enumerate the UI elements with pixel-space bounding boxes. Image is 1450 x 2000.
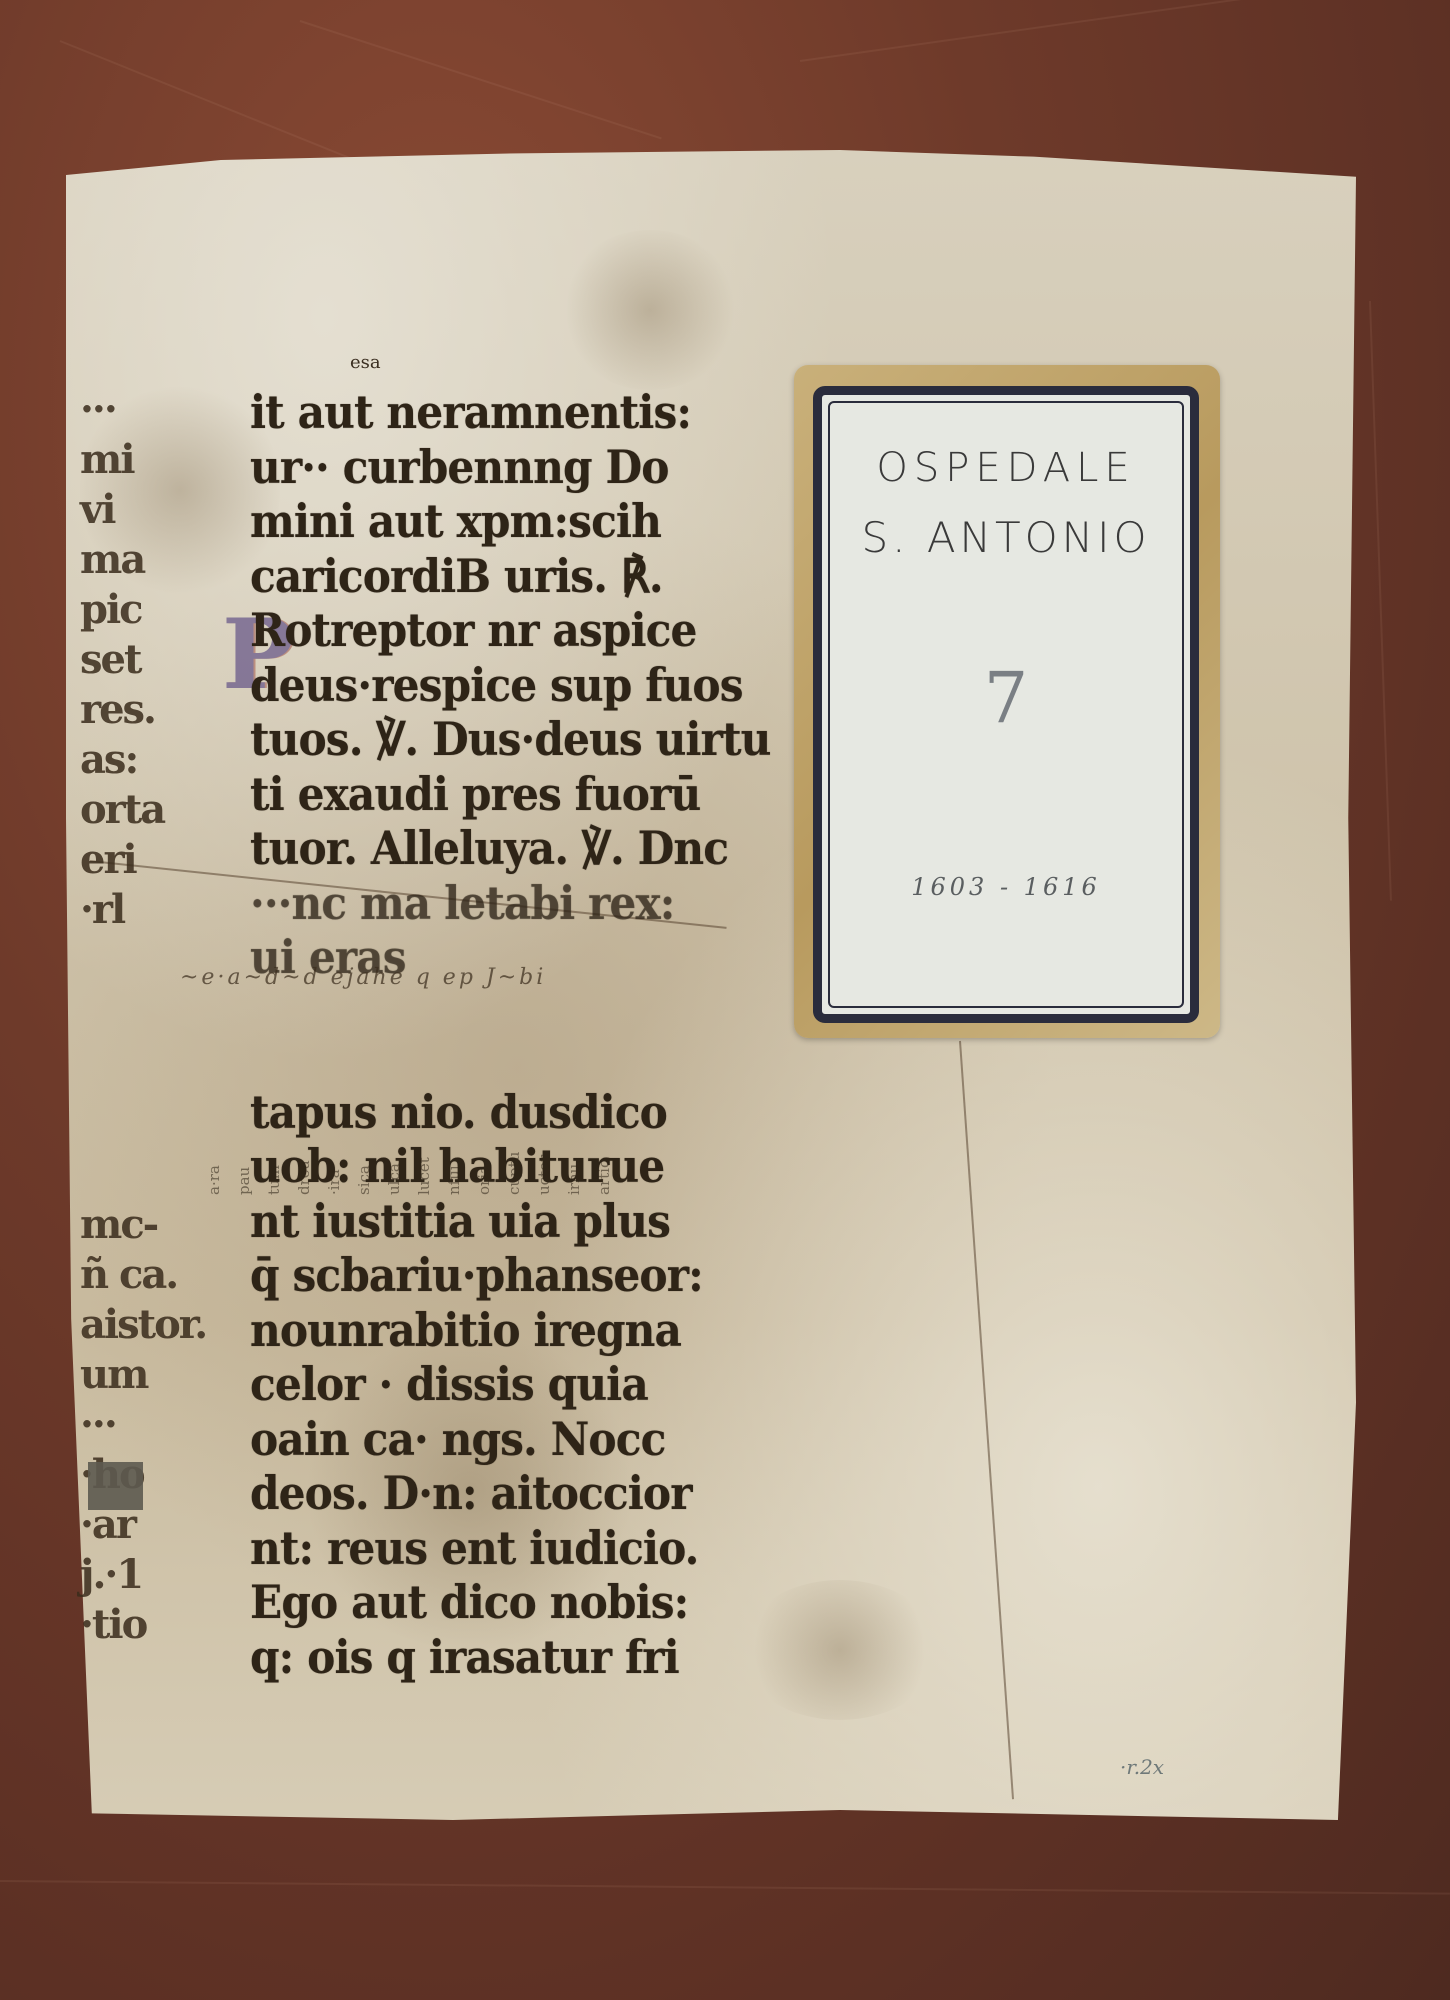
manuscript-line: caricordiB uris. ℟. [250,549,682,604]
cursive-annotation-row: ~e·a~d~d ejahe q ep J~bi [180,965,546,990]
stain [740,1580,940,1720]
margin-fragment: j.·1 [80,1550,190,1600]
manuscript-line: celor · dissis quia [250,1357,682,1412]
inner-strip-column: pau [235,995,253,1195]
manuscript-line: nt iustitia uia plus [250,1194,682,1249]
wood-grain [0,1880,1450,1895]
inner-strip-column: sica [355,995,373,1195]
manuscript-line: deos. D·n: aitoccior [250,1466,682,1521]
margin-fragment: ·tio [80,1600,190,1650]
inner-strip-column: cuptu [505,995,523,1195]
inner-strip-column: artic [595,995,613,1195]
inner-strip-column: a·ra [205,995,223,1195]
manuscript-line: tuor. Alleluya. ℣. Dnc [250,821,682,876]
manuscript-line: tuos. ℣. Dus·deus uirtu [250,712,682,767]
manuscript-line: oain ca· ngs. Nocc [250,1412,682,1467]
label-institution-name: S. ANTONIO [822,513,1190,562]
margin-fragment: um [80,1350,190,1400]
manuscript-line: Rotreptor nr aspice [250,603,682,658]
inner-text-strip: a·ra pau tum drcu ·ira sica ulca lucet n… [195,995,675,1195]
margin-fragment: orta [80,785,190,835]
margin-fragments-lower: mc- ñ ca. aistor. um ··· ·ho ·ar j.·1 ·t… [80,1200,190,1650]
margin-fragment: eri [80,835,190,885]
inner-strip-column: ulca [385,995,403,1195]
manuscript-line: nounrabitio iregna [250,1303,682,1358]
inner-strip-column: nfui [445,995,463,1195]
margin-fragment: aistor. [80,1300,190,1350]
manuscript-line: deus·respice sup fuos [250,658,682,713]
inner-strip-column: irnu [565,995,583,1195]
inner-strip-column: ·ira [325,995,343,1195]
manuscript-line: mini aut xpm:scih [250,494,682,549]
margin-fragment: as: [80,735,190,785]
manuscript-line: ti exaudi pres fuorū [250,767,682,822]
margin-fragment: ··· [80,1400,190,1450]
margin-fragment: vi [80,485,190,535]
label-institution: OSPEDALE [822,445,1190,491]
manuscript-line: q: ois q irasatur fri [250,1630,682,1685]
stain [560,230,740,390]
margin-fragment: set [80,635,190,685]
manuscript-line: q̄ scbariu·phanseor: [250,1248,682,1303]
cloth-tab-patch [88,1462,143,1510]
label-date-range: 1603 - 1616 [822,873,1190,901]
manuscript-line: ···nc ma letabi rex: [250,876,682,931]
corner-mark: ·r.2x [1120,1755,1164,1779]
margin-fragment: ma [80,535,190,585]
margin-fragments-upper: ··· mi vi ma pic set res. as: orta eri ·… [80,385,190,935]
wood-grain [800,0,1295,62]
manuscript-line: ur·· curbennng Do [250,440,682,495]
margin-fragment: res. [80,685,190,735]
margin-fragment: ··· [80,385,190,435]
manuscript-line: nt: reus ent iudicio. [250,1521,682,1576]
margin-fragment: ·rl [80,885,190,935]
margin-fragment: pic [80,585,190,635]
manuscript-line: it aut neramnentis: [250,385,682,440]
inner-strip-column: uctor [535,995,553,1195]
inner-strip-column: oria [475,995,493,1195]
manuscript-gloss: esa [350,352,381,373]
inner-strip-column: tum [265,995,283,1195]
margin-fragment: ñ ca. [80,1250,190,1300]
margin-fragment: mi [80,435,190,485]
wood-grain [300,20,662,139]
inner-strip-column: drcu [295,995,313,1195]
manuscript-line: Ego aut dico nobis: [250,1575,682,1630]
inner-strip-column: lucet [415,995,433,1195]
label-volume-number: 7 [822,657,1190,739]
archive-label: OSPEDALE S. ANTONIO 7 1603 - 1616 [813,386,1199,1023]
wood-grain [1369,301,1392,901]
margin-fragment: mc- [80,1200,190,1250]
